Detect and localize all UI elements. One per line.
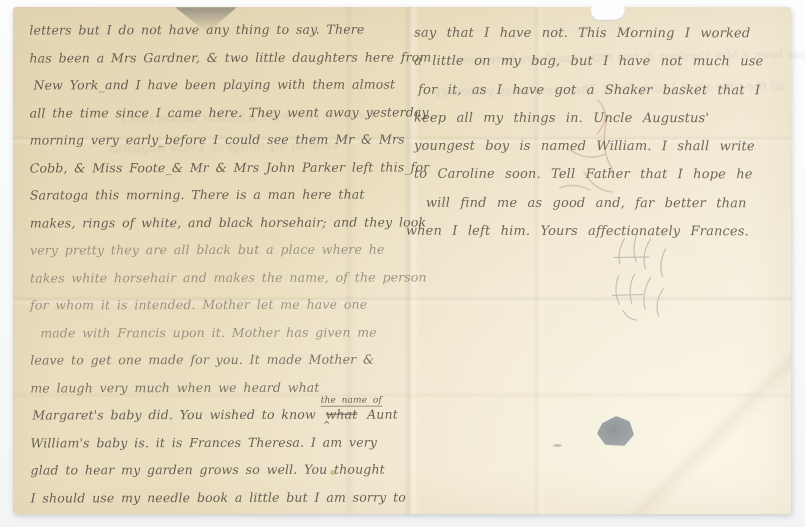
letter-line: William's baby is. it is Frances Theresa…	[30, 428, 406, 456]
letter-line: for whom it is intended. Mother let me h…	[30, 291, 406, 319]
letter-line: very pretty they are all black but a pla…	[30, 236, 406, 264]
letter-line: New York_and I have been playing with th…	[29, 71, 405, 99]
letter-page-right: say that I have not. This Morning I work…	[414, 20, 786, 247]
inserted-text: the name of	[321, 397, 382, 407]
letter-scan: for it, as I have got a Shaker basket th…	[0, 0, 805, 527]
letter-line: makes, rings of white, and black horseha…	[30, 208, 406, 236]
letter-text: Margaret's baby did. You wished to know	[32, 407, 315, 423]
letter-page-left: letters but I do not have any thing to s…	[29, 16, 406, 512]
letter-line: a little on my bag, but I have not much …	[414, 48, 786, 77]
insertion-point: the name of^ what	[319, 407, 358, 422]
letter-line: takes white horsehair and makes the name…	[30, 263, 406, 291]
letter-line: Cobb, & Miss Foote_& Mr & Mrs John Parke…	[30, 153, 406, 181]
letter-line: letters but I do not have any thing to s…	[29, 16, 405, 44]
letter-line-with-insertion: Margaret's baby did. You wished to knowt…	[30, 401, 406, 429]
letter-line: Saratoga this morning. There is a man he…	[30, 181, 406, 209]
letter-line: youngest boy is named William. I shall w…	[414, 133, 786, 162]
letter-text: Aunt	[367, 407, 398, 422]
letter-line: to Caroline soon. Tell Father that I hop…	[414, 161, 786, 190]
letter-line: I should use my needle book a little but…	[31, 483, 407, 511]
letter-line: all the time since I came here. They wen…	[30, 98, 406, 126]
letter-line: glad to hear my garden grows so well. Yo…	[31, 456, 407, 484]
letter-line: say that I have not. This Morning I work…	[414, 20, 786, 49]
letter-line: keep all my things in. Uncle Augustus'	[414, 105, 786, 134]
struck-out-word: what	[326, 407, 358, 422]
letter-line: leave to get one made for you. It made M…	[30, 346, 406, 374]
letter-line: will find me as good and, far better tha…	[414, 189, 786, 218]
letter-line: morning very early_before I could see th…	[30, 126, 406, 154]
letter-line: made with Francis upon it. Mother has gi…	[30, 318, 406, 346]
torn-notch	[591, 3, 626, 21]
letter-line: when I left him. Yours affectionately Fr…	[406, 218, 786, 247]
letter-line: has been a Mrs Gardner, & two little dau…	[29, 43, 405, 71]
letter-line: for it, as I have got a Shaker basket th…	[414, 76, 786, 105]
